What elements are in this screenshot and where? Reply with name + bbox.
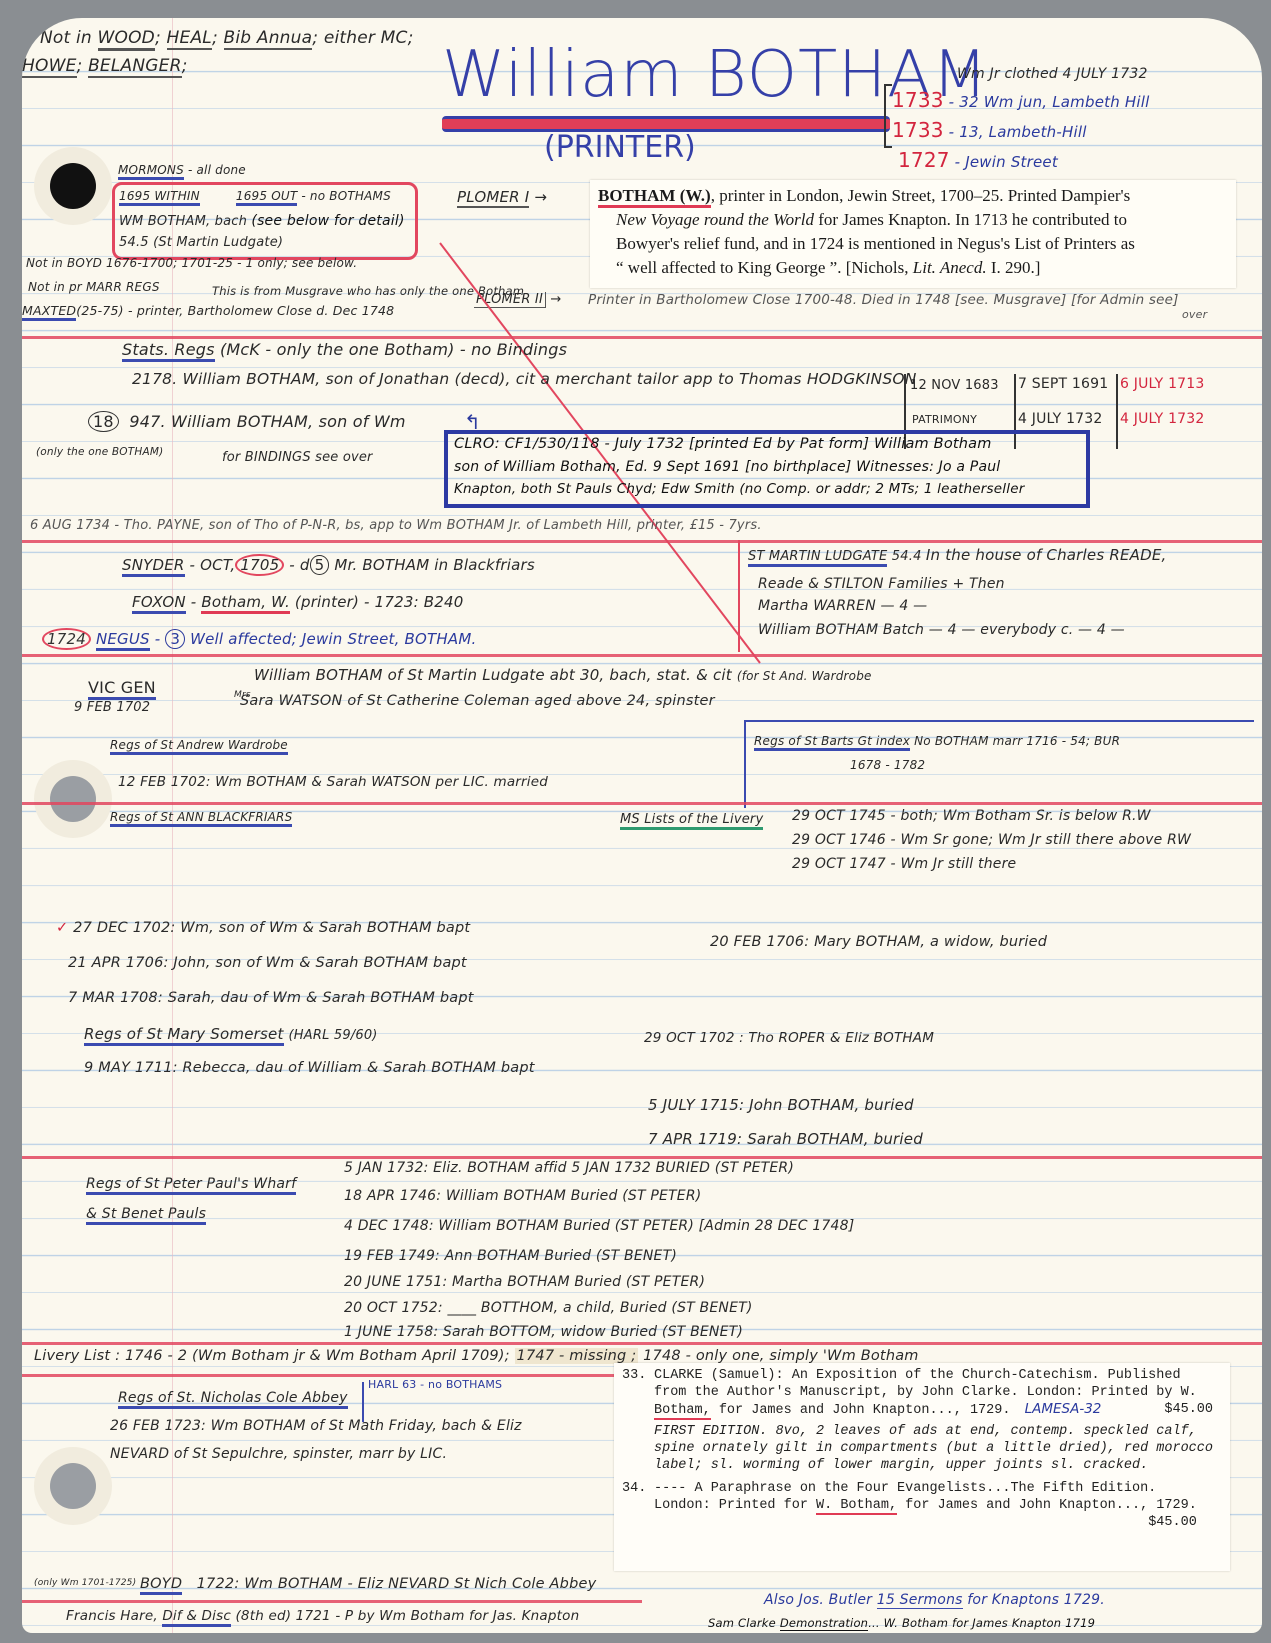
section-divider (22, 1600, 642, 1603)
st-peter-heading-2: & St Benet Pauls (86, 1206, 206, 1222)
catalogue-entry-34: 34. ---- A Paraphrase on the Four Evange… (622, 1480, 1222, 1531)
box-edge (738, 540, 740, 652)
section-divider (22, 540, 1262, 543)
st-mary-somerset-entry: 9 MAY 1711: Rebecca, dau of William & Sa… (84, 1060, 535, 1076)
bindings-note: for BINDINGS see over (222, 450, 373, 465)
burial-entry: 7 APR 1719: Sarah BOTHAM, buried (648, 1130, 923, 1148)
stats-regs-heading: Stats. Regs (McK - only the one Botham) … (122, 340, 567, 359)
binder-hole (50, 163, 96, 209)
plomer-line-3: Bowyer's relief fund, and in 1724 is men… (598, 232, 1228, 256)
maxted-entry: MAXTED(25-75) - printer, Bartholomew Clo… (22, 303, 394, 318)
burial-record: 5 JAN 1732: Eliz. BOTHAM affid 5 JAN 173… (344, 1160, 794, 1176)
st-nicholas-heading: Regs of St. Nicholas Cole Abbey (118, 1390, 348, 1406)
harl-63-note: HARL 63 - no BOTHAMS (368, 1378, 502, 1391)
st-barts-heading: Regs of St Barts Gt index No BOTHAM marr… (754, 734, 1120, 748)
address-1733-a: 1733 - 32 Wm jun, Lambeth Hill (892, 88, 1150, 112)
table-cell: 4 JULY 1732 (1018, 411, 1103, 427)
st-andrew-entry: 12 FEB 1702: Wm BOTHAM & Sarah WATSON pe… (118, 774, 548, 790)
box-edge (744, 720, 746, 808)
negus-entry: 1724 NEGUS - 3 Well affected; Jewin Stre… (42, 628, 476, 650)
plomer-line-2: New Voyage round the World for James Kna… (598, 208, 1228, 232)
plomer-2-over: over (1182, 308, 1207, 321)
plomer-line-1: BOTHAM (W.), printer in London, Jewin St… (598, 184, 1228, 208)
plomer-1-label: PLOMER I → (457, 188, 547, 206)
st-nicholas-entry-2: NEVARD of St Sepulchre, spinster, marr b… (110, 1446, 447, 1462)
burial-record: 1 JUNE 1758: Sarah BOTTOM, widow Buried … (344, 1324, 743, 1340)
clro-line-1: CLRO: CF1/530/118 - July 1732 [printed E… (454, 436, 992, 452)
vic-gen-label: VIC GEN (88, 678, 156, 697)
st-nicholas-entry-1: 26 FEB 1723: Wm BOTHAM of St Math Friday… (110, 1418, 522, 1434)
not-in-sources-note-2: HOWE; BELANGER; (22, 56, 188, 76)
section-divider (22, 802, 1262, 805)
boyd-side-note: (only Wm 1701-1725) (34, 1578, 136, 1588)
table-cell: PATRIMONY (912, 413, 977, 426)
section-divider (22, 654, 1262, 657)
st-mary-somerset-heading: Regs of St Mary Somerset (HARL 59/60) (84, 1025, 378, 1043)
catalogue-clipping: 33. CLARKE (Samuel): An Exposition of th… (614, 1363, 1230, 1571)
clro-line-3: Knapton, both St Pauls Chyd; Edw Smith (… (454, 481, 1024, 497)
st-peter-heading: Regs of St Peter Paul's Wharf (86, 1176, 296, 1192)
snyder-entry: SNYDER - OCT,1705 - d5 Mr. BOTHAM in Bla… (122, 554, 535, 576)
st-martin-line-4: William BOTHAM Batch — 4 — everybody c. … (758, 622, 1125, 638)
address-1733-b: 1733 - 13, Lambeth-Hill (892, 118, 1087, 142)
plomer-2-text: Printer in Bartholomew Close 1700-48. Di… (588, 292, 1179, 308)
boyd-entry: BOYD 1722: Wm BOTHAM - Eliz NEVARD St Ni… (140, 1576, 596, 1592)
mormons-box: 1695 WITHIN 1695 OUT - no BOTHAMS WM BOT… (112, 182, 418, 260)
binder-hole (50, 1463, 96, 1509)
mary-burial-entry: 20 FEB 1706: Mary BOTHAM, a widow, burie… (710, 934, 1047, 950)
plomer-2-label: PLOMER II → (474, 292, 561, 307)
notebook-page: Not in WOOD; HEAL; Bib Annua; either MC;… (22, 18, 1262, 1633)
burial-record: 4 DEC 1748: William BOTHAM Buried (ST PE… (344, 1218, 854, 1234)
livery-entry: 29 OCT 1745 - both; Wm Botham Sr. is bel… (792, 808, 1151, 824)
vic-gen-line-2: Sara WATSON of St Catherine Coleman aged… (240, 693, 715, 709)
stats-regs-entry-2178: 2178. William BOTHAM, son of Jonathan (d… (132, 370, 917, 388)
burial-record: 20 OCT 1752: ____ BOTTHOM, a child, Buri… (344, 1300, 753, 1316)
table-divider (1116, 374, 1118, 449)
plomer-dictionary-clipping: BOTHAM (W.), printer in London, Jewin St… (590, 180, 1236, 288)
clarke-demonstration-note: Sam Clarke Demonstration... W. Botham fo… (708, 1616, 1095, 1630)
only-one-botham-note: (only the one BOTHAM) (36, 446, 163, 458)
bracket (884, 84, 892, 148)
mormons-wm-botham: WM BOTHAM, bach (see below for detail) (119, 213, 405, 229)
clro-line-2: son of William Botham, Ed. 9 Sept 1691 [… (454, 459, 1000, 475)
burial-record: 18 APR 1746: William BOTHAM Buried (ST P… (344, 1188, 701, 1204)
foxon-entry: FOXON - Botham, W. (printer) - 1723: B24… (132, 593, 464, 611)
table-cell: 7 SEPT 1691 (1018, 376, 1108, 392)
livery-entry: 29 OCT 1746 - Wm Sr gone; Wm Jr still th… (792, 832, 1191, 848)
livery-list-line: Livery List : 1746 - 2 (Wm Botham jr & W… (34, 1348, 919, 1364)
wm-jr-clothed-note: Wm Jr clothed 4 JULY 1732 (957, 66, 1148, 82)
mormons-within-out: 1695 WITHIN 1695 OUT - no BOTHAMS (119, 189, 391, 203)
clro-box: CLRO: CF1/530/118 - July 1732 [printed E… (444, 430, 1090, 508)
st-barts-range: 1678 - 1782 (850, 758, 925, 772)
livery-lists-heading: MS Lists of the Livery (620, 812, 763, 827)
boyd-note: Not in BOYD 1676-1700; 1701-25 - 1 only;… (26, 256, 357, 270)
plomer-line-4: “ well affected to King George ”. [Nicho… (598, 256, 1228, 280)
box-edge (744, 720, 1254, 722)
address-1727: 1727 - Jewin Street (898, 148, 1058, 172)
st-martin-ludgate-heading: ST MARTIN LUDGATE 54.4 In the house of C… (748, 546, 1166, 564)
not-in-sources-note: Not in WOOD; HEAL; Bib Annua; either MC; (40, 28, 414, 48)
binder-hole (50, 776, 96, 822)
marr-regs-note: Not in pr MARR REGS (28, 280, 160, 294)
st-ann-heading: Regs of St ANN BLACKFRIARS (110, 810, 292, 824)
table-cell: 6 JULY 1713 (1120, 376, 1205, 392)
baptism-entry: ✓ 27 DEC 1702: Wm, son of Wm & Sarah BOT… (56, 920, 470, 936)
butler-note: Also Jos. Butler 15 Sermons for Knaptons… (764, 1592, 1105, 1608)
st-martin-line-3: Martha WARREN — 4 — (758, 598, 927, 614)
baptism-entry: 7 MAR 1708: Sarah, dau of Wm & Sarah BOT… (68, 990, 474, 1006)
stats-regs-entry-947: 18 947. William BOTHAM, son of Wm (88, 411, 406, 432)
baptism-entry: 21 APR 1706: John, son of Wm & Sarah BOT… (68, 955, 467, 971)
livery-entry: 29 OCT 1747 - Wm Jr still there (792, 856, 1016, 872)
payne-apprentice-note: 6 AUG 1734 - Tho. PAYNE, son of Tho of P… (30, 518, 762, 533)
st-martin-line-2: Reade & STILTON Families + Then (758, 576, 1005, 592)
burial-record: 19 FEB 1749: Ann BOTHAM Buried (ST BENET… (344, 1248, 677, 1264)
table-cell: 12 NOV 1683 (910, 378, 999, 393)
st-andrew-heading: Regs of St Andrew Wardrobe (110, 738, 288, 752)
section-divider (22, 1374, 622, 1377)
section-divider (22, 1342, 1262, 1345)
vic-gen-line-1: William BOTHAM of St Martin Ludgate abt … (254, 666, 872, 684)
roper-marriage-entry: 29 OCT 1702 : Tho ROPER & Eliz BOTHAM (644, 1030, 934, 1046)
mormons-parish: 54.5 (St Martin Ludgate) (119, 235, 283, 250)
page-subtitle: (PRINTER) (544, 130, 696, 165)
burial-record: 20 JUNE 1751: Martha BOTHAM Buried (ST P… (344, 1274, 705, 1290)
section-divider (22, 336, 1262, 339)
burial-entry: 5 JULY 1715: John BOTHAM, buried (648, 1096, 914, 1114)
section-divider (22, 1156, 1262, 1159)
vic-gen-date: 9 FEB 1702 (74, 700, 150, 715)
catalogue-entry-33: 33. CLARKE (Samuel): An Exposition of th… (622, 1367, 1222, 1474)
mormons-label: MORMONS - all done (118, 163, 246, 177)
table-cell: 4 JULY 1732 (1120, 411, 1205, 427)
hare-entry: Francis Hare, Dif & Disc (8th ed) 1721 -… (66, 1608, 579, 1624)
bracket (362, 1382, 364, 1422)
